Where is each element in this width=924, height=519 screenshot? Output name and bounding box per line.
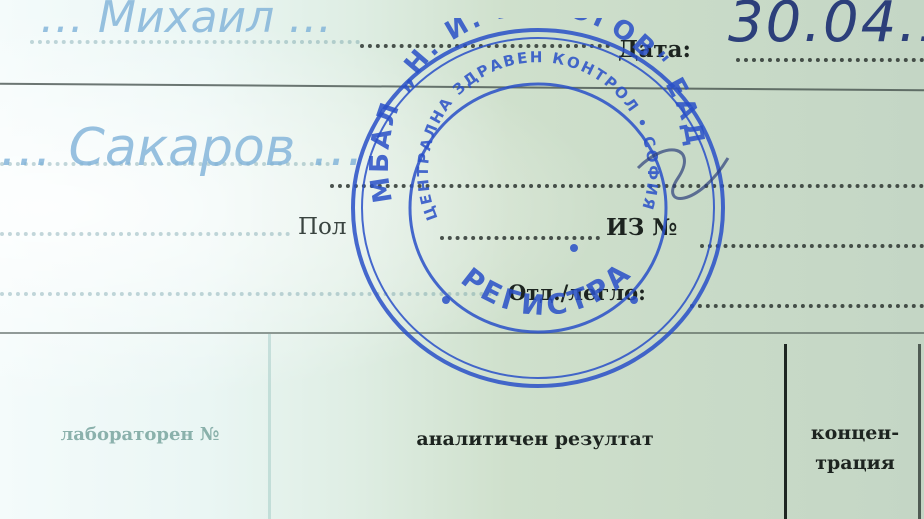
table-header-analytical-result: аналитичен резултат <box>370 428 700 450</box>
table-col-divider-3 <box>918 344 921 519</box>
stamp-inner-text: ЦЕНТРАЛНА ЗДРАВЕН КОНТРОЛ • СОФИЯ <box>414 48 662 223</box>
table-col-divider-1 <box>268 334 271 519</box>
sex-dotted-line-left <box>0 232 290 236</box>
date-value: 30.04.1 <box>728 0 924 55</box>
table-header-concentration: концен- трация <box>792 418 918 478</box>
table-header-lab-number: лабораторен № <box>20 424 260 445</box>
official-stamp: МБАЛ „Н. И. ПИРОГОВ" ЕАД ЦЕНТРАЛНА ЗДРАВ… <box>338 18 738 398</box>
table-col-divider-2 <box>784 344 787 519</box>
handwritten-top: … Михаил … <box>40 0 332 43</box>
date-dotted-line <box>736 58 924 62</box>
svg-text:ЦЕНТРАЛНА ЗДРАВЕН КОНТРОЛ • СО: ЦЕНТРАЛНА ЗДРАВЕН КОНТРОЛ • СОФИЯ <box>414 48 662 223</box>
handwritten-name: … Сакаров … <box>0 118 364 178</box>
